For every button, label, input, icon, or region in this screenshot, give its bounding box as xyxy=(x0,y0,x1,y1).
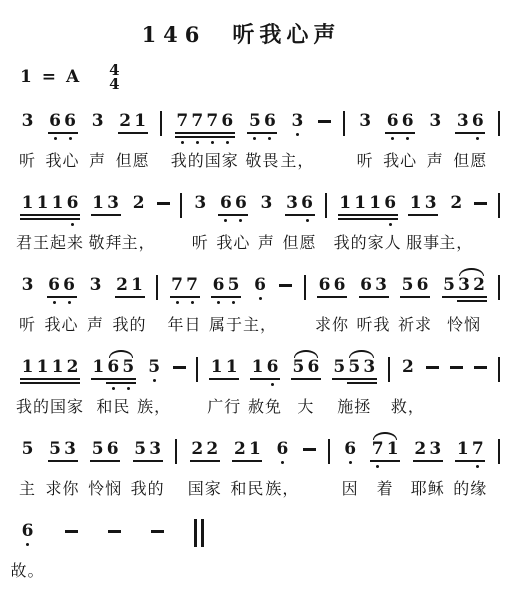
final-bar-right xyxy=(201,519,204,547)
digits: 65 xyxy=(211,276,241,294)
score-line: 6故。 xyxy=(20,513,502,585)
barline xyxy=(304,275,306,300)
note-digit: 6 xyxy=(47,276,62,294)
digits: 53 xyxy=(48,440,78,458)
note-segment: 56 xyxy=(247,103,277,142)
digits: 56 xyxy=(291,358,321,376)
note-digits-row: 3 xyxy=(358,103,373,138)
dot-slot xyxy=(259,212,274,220)
barline-unit xyxy=(156,267,158,300)
note-digit: 3 xyxy=(362,358,377,376)
note-digits-row: 21 xyxy=(115,267,145,306)
note-digit: 6 xyxy=(383,194,398,212)
dot-slot xyxy=(50,220,65,228)
note-digits-row: 16 xyxy=(250,349,280,388)
note-digit: 5 xyxy=(121,358,136,376)
note-digits-row: 2 xyxy=(400,349,415,384)
note-segment: 56 xyxy=(400,267,430,306)
note-digit: 1 xyxy=(250,358,265,376)
note-group: 3主， xyxy=(290,103,305,138)
lyric-text: 主， xyxy=(122,230,156,253)
octave-dots-row xyxy=(285,216,315,224)
octave-dots-row xyxy=(48,134,78,142)
duration-dash-unit xyxy=(318,103,331,123)
octave-dots-row xyxy=(343,458,358,466)
note-digit: 3 xyxy=(193,194,208,212)
sheet-music-page: 146 听我心声 1 = A 4 4 3听66我心3声21但愿7776我的国家5… xyxy=(0,0,512,585)
octave-dots-row xyxy=(147,376,162,384)
digits: 21 xyxy=(232,440,262,458)
digits: 3 xyxy=(428,112,443,130)
note-digit: 5 xyxy=(48,440,63,458)
low-octave-dot xyxy=(71,223,74,226)
digits: 17 xyxy=(455,440,485,458)
dot-slot xyxy=(147,376,162,384)
octave-dots-row xyxy=(193,212,208,220)
dot-slot xyxy=(290,130,305,138)
note-digits-row: 3 xyxy=(88,267,103,302)
lyric-text: 我心 xyxy=(216,230,250,253)
octave-dots-row xyxy=(455,462,485,470)
duration-dash-unit xyxy=(474,349,487,369)
duration-dash-unit xyxy=(279,267,292,287)
title-row: 146 听我心声 xyxy=(20,18,462,49)
score-line: 1116君王起来13敬拜2主，3听66我心3声36但愿1116我的家人13服事2… xyxy=(20,185,502,257)
octave-dots-row xyxy=(90,462,120,470)
dot-slot xyxy=(332,298,347,306)
digits: 3 xyxy=(20,112,35,130)
duration-dash-unit xyxy=(173,349,186,369)
key-signature: 1 = A xyxy=(20,67,81,87)
barline-unit xyxy=(328,431,330,464)
page-title: 听我心声 xyxy=(232,18,340,49)
note-group: 5族， xyxy=(147,349,162,384)
dot-slot xyxy=(285,216,300,224)
dot-slot xyxy=(47,298,62,306)
octave-dots-row xyxy=(218,216,248,224)
note-digit: 6 xyxy=(253,276,268,294)
note-digit: 5 xyxy=(20,440,35,458)
note-digit: 5 xyxy=(332,358,347,376)
score-line: 1112我的国家165和民5族，11广行16赦免56大553施拯2救， xyxy=(20,349,502,421)
note-segment: 21 xyxy=(232,431,262,470)
note-digit: 6 xyxy=(385,112,400,130)
note-digit: 1 xyxy=(455,440,470,458)
lyric-text: 怜悯 xyxy=(447,312,481,335)
note-segment: 3 xyxy=(259,185,274,220)
duration-dash xyxy=(279,284,292,287)
note-segment: 71 xyxy=(370,431,400,470)
digits: 2 xyxy=(400,358,415,376)
note-digit: 5 xyxy=(133,440,148,458)
barline xyxy=(388,357,390,382)
key-value: A xyxy=(66,67,81,87)
low-octave-dot xyxy=(54,137,57,140)
beam-line xyxy=(106,378,136,380)
dot-slot xyxy=(106,216,121,224)
note-group: 36但愿 xyxy=(455,103,485,142)
note-group: 3声 xyxy=(88,267,103,302)
note-digit: 1 xyxy=(20,194,35,212)
dot-slot xyxy=(175,138,190,146)
note-digit: 3 xyxy=(374,276,389,294)
note-digits-row: 71 xyxy=(370,431,400,470)
note-group: 3听 xyxy=(20,267,35,302)
note-digit: 6 xyxy=(63,112,78,130)
lyric-text: 听我 xyxy=(356,312,390,335)
note-segment: 13 xyxy=(408,185,438,224)
lyric-text: 大 xyxy=(297,394,314,417)
note-segment: 3 xyxy=(20,267,35,302)
note-digits-row: 11 xyxy=(209,349,239,388)
note-digit: 6 xyxy=(306,358,321,376)
dot-slot xyxy=(118,134,133,142)
lyric-text: 故。 xyxy=(10,558,44,581)
octave-dots-row xyxy=(250,380,280,388)
note-digits-row: 553 xyxy=(332,349,377,392)
barline-unit xyxy=(196,349,198,382)
dot-slot xyxy=(218,216,233,224)
note-digit: 2 xyxy=(400,358,415,376)
low-octave-dot xyxy=(239,219,242,222)
beam-line xyxy=(175,132,235,134)
dot-slot xyxy=(275,458,290,466)
note-segment: 66 xyxy=(218,185,248,224)
note-digits-row: 5 xyxy=(147,349,162,384)
low-octave-dot xyxy=(153,379,156,382)
note-segment: 1116 xyxy=(20,185,80,228)
dot-slot xyxy=(63,462,78,470)
lyric-text: 但愿 xyxy=(282,230,316,253)
dot-slot xyxy=(209,380,224,388)
note-digits-row: 63 xyxy=(359,267,389,306)
dot-slot xyxy=(306,380,321,388)
dot-slot xyxy=(428,130,443,138)
low-octave-dot xyxy=(376,465,379,468)
note-segment: 21 xyxy=(118,103,148,142)
note-group: 2救， xyxy=(400,349,415,384)
note-segment: 66 xyxy=(47,267,77,306)
digits: 3 xyxy=(90,112,105,130)
note-segment: 23 xyxy=(413,431,443,470)
duration-dash-unit xyxy=(450,349,463,369)
dot-slot xyxy=(205,138,220,146)
note-digit: 3 xyxy=(259,194,274,212)
note-segment: 3 xyxy=(358,103,373,138)
octave-dots-row xyxy=(48,462,78,470)
digits: 2 xyxy=(449,194,464,212)
octave-dots-row xyxy=(400,298,430,306)
low-octave-dot xyxy=(176,301,179,304)
note-segment: 5 xyxy=(442,267,457,306)
score-line: 3听66我心3声21我的77年日65属于6主，66求你63听我56祈求532怜悯 xyxy=(20,267,502,339)
digits: 56 xyxy=(400,276,430,294)
note-segment: 5 xyxy=(20,431,35,466)
note-digits-row: 66 xyxy=(218,185,248,224)
dot-slot xyxy=(385,462,400,470)
octave-dots-row xyxy=(347,384,377,392)
octave-dots-row xyxy=(20,384,80,392)
note-digit: 2 xyxy=(449,194,464,212)
note-digit: 3 xyxy=(428,440,443,458)
lyric-text: 我心 xyxy=(383,148,417,171)
lyric-text: 敬拜 xyxy=(89,230,123,253)
note-digit: 7 xyxy=(170,276,185,294)
note-segment: 2 xyxy=(400,349,415,384)
duration-dash xyxy=(151,530,164,533)
note-segment: 3 xyxy=(90,103,105,138)
duration-dash-unit xyxy=(151,513,164,533)
octave-dots-row xyxy=(442,298,457,306)
lyric-text: 救， xyxy=(391,394,425,417)
note-digits-row: 6 xyxy=(343,431,358,466)
octave-dots-row xyxy=(20,294,35,302)
lyric-text: 和民 xyxy=(230,476,264,499)
note-segment: 3 xyxy=(428,103,443,138)
lyric-text: 求你 xyxy=(315,312,349,335)
note-digit: 1 xyxy=(247,440,262,458)
barline xyxy=(498,439,500,464)
duration-dash-unit xyxy=(108,513,121,533)
note-digit: 6 xyxy=(62,276,77,294)
note-digit: 7 xyxy=(190,112,205,130)
note-group: 6主， xyxy=(253,267,268,302)
digits: 3 xyxy=(193,194,208,212)
note-digits-row: 66 xyxy=(48,103,78,142)
digits: 6 xyxy=(20,522,35,540)
lyric-text: 听 xyxy=(19,148,36,171)
note-digits-row: 6 xyxy=(20,513,35,548)
note-digits-row: 1112 xyxy=(20,349,80,392)
note-digits-row: 6 xyxy=(275,431,290,466)
note-segment: 5 xyxy=(147,349,162,384)
note-group: 66我心 xyxy=(48,103,78,142)
dot-slot xyxy=(400,134,415,142)
low-octave-dot xyxy=(127,387,130,390)
lyric-text: 赦免 xyxy=(248,394,282,417)
dot-slot xyxy=(105,462,120,470)
low-octave-dot xyxy=(406,137,409,140)
lyric-text: 主， xyxy=(243,312,277,335)
duration-dash-unit xyxy=(157,185,170,205)
note-segment: 53 xyxy=(133,431,163,470)
note-group: 3声 xyxy=(428,103,443,138)
note-segment: 6 xyxy=(275,431,290,466)
dot-slot xyxy=(291,380,306,388)
note-digits-row: 53 xyxy=(133,431,163,470)
dot-slot xyxy=(455,462,470,470)
octave-dots-row xyxy=(338,220,398,228)
dot-slot xyxy=(20,294,35,302)
note-digit: 6 xyxy=(105,440,120,458)
dot-slot xyxy=(470,134,485,142)
digits: 1 xyxy=(91,358,106,376)
low-octave-dot xyxy=(112,387,115,390)
note-digits-row: 22 xyxy=(190,431,220,470)
song-number: 146 xyxy=(142,22,207,47)
note-digit: 5 xyxy=(90,440,105,458)
octave-dots-row xyxy=(91,216,121,224)
note-digit: 6 xyxy=(265,358,280,376)
note-group: 63听我 xyxy=(359,267,389,306)
digits: 13 xyxy=(91,194,121,212)
digits: 56 xyxy=(90,440,120,458)
octave-dots-row xyxy=(259,212,274,220)
dot-slot xyxy=(368,220,383,228)
note-group: 13服事 xyxy=(408,185,438,224)
lyric-text: 主 xyxy=(19,476,36,499)
lyric-text: 怜悯 xyxy=(88,476,122,499)
digits: 5 xyxy=(147,358,162,376)
digits: 53 xyxy=(347,358,377,376)
digits: 65 xyxy=(106,358,136,376)
dot-slot xyxy=(253,294,268,302)
dot-slot xyxy=(63,134,78,142)
note-segment: 5 xyxy=(332,349,347,388)
dot-slot xyxy=(20,130,35,138)
octave-dots-row xyxy=(253,294,268,302)
note-group: 21我的 xyxy=(115,267,145,306)
lyric-text: 服事 xyxy=(406,230,440,253)
lyric-text: 我的国家 xyxy=(16,394,84,417)
dot-slot xyxy=(442,298,457,306)
digits: 3 xyxy=(290,112,305,130)
note-digit: 3 xyxy=(106,194,121,212)
note-digits-row: 66 xyxy=(385,103,415,142)
barline xyxy=(498,357,500,382)
note-digit: 3 xyxy=(88,276,103,294)
note-segment: 13 xyxy=(91,185,121,224)
dot-slot xyxy=(220,138,235,146)
lyric-text: 主， xyxy=(280,148,314,171)
dot-slot xyxy=(20,458,35,466)
note-digit: 6 xyxy=(415,276,430,294)
note-digit: 3 xyxy=(285,194,300,212)
lyric-text: 广行 xyxy=(207,394,241,417)
barline-unit xyxy=(498,103,500,136)
note-digit: 5 xyxy=(147,358,162,376)
note-group: 53求你 xyxy=(48,431,78,470)
duration-dash xyxy=(173,366,186,369)
dot-slot xyxy=(50,384,65,392)
octave-dots-row xyxy=(232,462,262,470)
note-digit: 1 xyxy=(91,358,106,376)
lyric-text: 主， xyxy=(439,230,473,253)
octave-dots-row xyxy=(332,380,347,388)
octave-dots-row xyxy=(131,212,146,220)
dot-slot xyxy=(193,212,208,220)
octave-dots-row xyxy=(20,458,35,466)
duration-dash xyxy=(426,366,439,369)
key-row: 1 = A 4 4 xyxy=(20,59,502,95)
note-digit: 6 xyxy=(400,112,415,130)
note-digit: 1 xyxy=(91,194,106,212)
note-digit: 1 xyxy=(130,276,145,294)
lyric-text: 因 xyxy=(342,476,359,499)
note-segment: 21 xyxy=(115,267,145,306)
octave-dots-row xyxy=(20,130,35,138)
octave-dots-row xyxy=(317,298,347,306)
note-digit: 1 xyxy=(408,194,423,212)
dot-slot xyxy=(148,462,163,470)
note-digit: 1 xyxy=(353,194,368,212)
barline-unit xyxy=(343,103,345,136)
note-segment: 77 xyxy=(170,267,200,306)
dot-slot xyxy=(408,216,423,224)
note-segment: 16 xyxy=(250,349,280,388)
duration-dash-unit xyxy=(474,185,487,205)
note-digits-row: 21 xyxy=(232,431,262,470)
octave-dots-row xyxy=(455,134,485,142)
note-segment: 3 xyxy=(88,267,103,302)
dot-slot xyxy=(121,384,136,392)
note-segment: 65 xyxy=(211,267,241,306)
note-digits-row: 66 xyxy=(317,267,347,306)
note-digit: 3 xyxy=(290,112,305,130)
dot-slot xyxy=(370,462,385,470)
barline xyxy=(328,439,330,464)
digits: 6 xyxy=(275,440,290,458)
note-digits-row: 36 xyxy=(455,103,485,142)
note-digit: 6 xyxy=(359,276,374,294)
note-digit: 3 xyxy=(358,112,373,130)
dot-slot xyxy=(470,462,485,470)
note-group: 1116我的家人 xyxy=(338,185,398,228)
dot-slot xyxy=(48,462,63,470)
octave-dots-row xyxy=(358,130,373,138)
note-digit: 6 xyxy=(317,276,332,294)
barline-unit xyxy=(498,267,500,300)
dot-slot xyxy=(338,220,353,228)
note-digit: 6 xyxy=(20,522,35,540)
low-octave-dot xyxy=(196,141,199,144)
note-digit: 1 xyxy=(35,194,50,212)
note-digit: 5 xyxy=(291,358,306,376)
note-digit: 1 xyxy=(385,440,400,458)
digits: 22 xyxy=(190,440,220,458)
lyric-text: 年日 xyxy=(167,312,201,335)
low-octave-dot xyxy=(281,461,284,464)
octave-dots-row xyxy=(133,462,163,470)
octave-dots-row xyxy=(385,134,415,142)
duration-dash xyxy=(108,530,121,533)
dot-slot xyxy=(20,384,35,392)
note-digits-row: 3 xyxy=(90,103,105,138)
digits: 3 xyxy=(358,112,373,130)
note-digit: 6 xyxy=(106,358,121,376)
lyric-text: 我的 xyxy=(131,476,165,499)
digits: 56 xyxy=(247,112,277,130)
digits: 6 xyxy=(343,440,358,458)
note-group: 3声 xyxy=(90,103,105,138)
digits: 32 xyxy=(457,276,487,294)
barline-unit xyxy=(498,349,500,382)
dot-slot xyxy=(226,298,241,306)
note-digit: 1 xyxy=(209,358,224,376)
beam-line xyxy=(347,378,377,380)
note-group: 66我心 xyxy=(47,267,77,306)
note-digits-row: 23 xyxy=(413,431,443,470)
barline xyxy=(160,111,162,136)
note-digit: 7 xyxy=(175,112,190,130)
note-group: 56大 xyxy=(291,349,321,388)
low-octave-dot xyxy=(476,137,479,140)
note-digits-row: 2 xyxy=(131,185,146,220)
note-group: 165和民 xyxy=(91,349,136,392)
note-segment: 7776 xyxy=(175,103,235,146)
dot-slot xyxy=(262,134,277,142)
digits: 7776 xyxy=(175,112,235,130)
